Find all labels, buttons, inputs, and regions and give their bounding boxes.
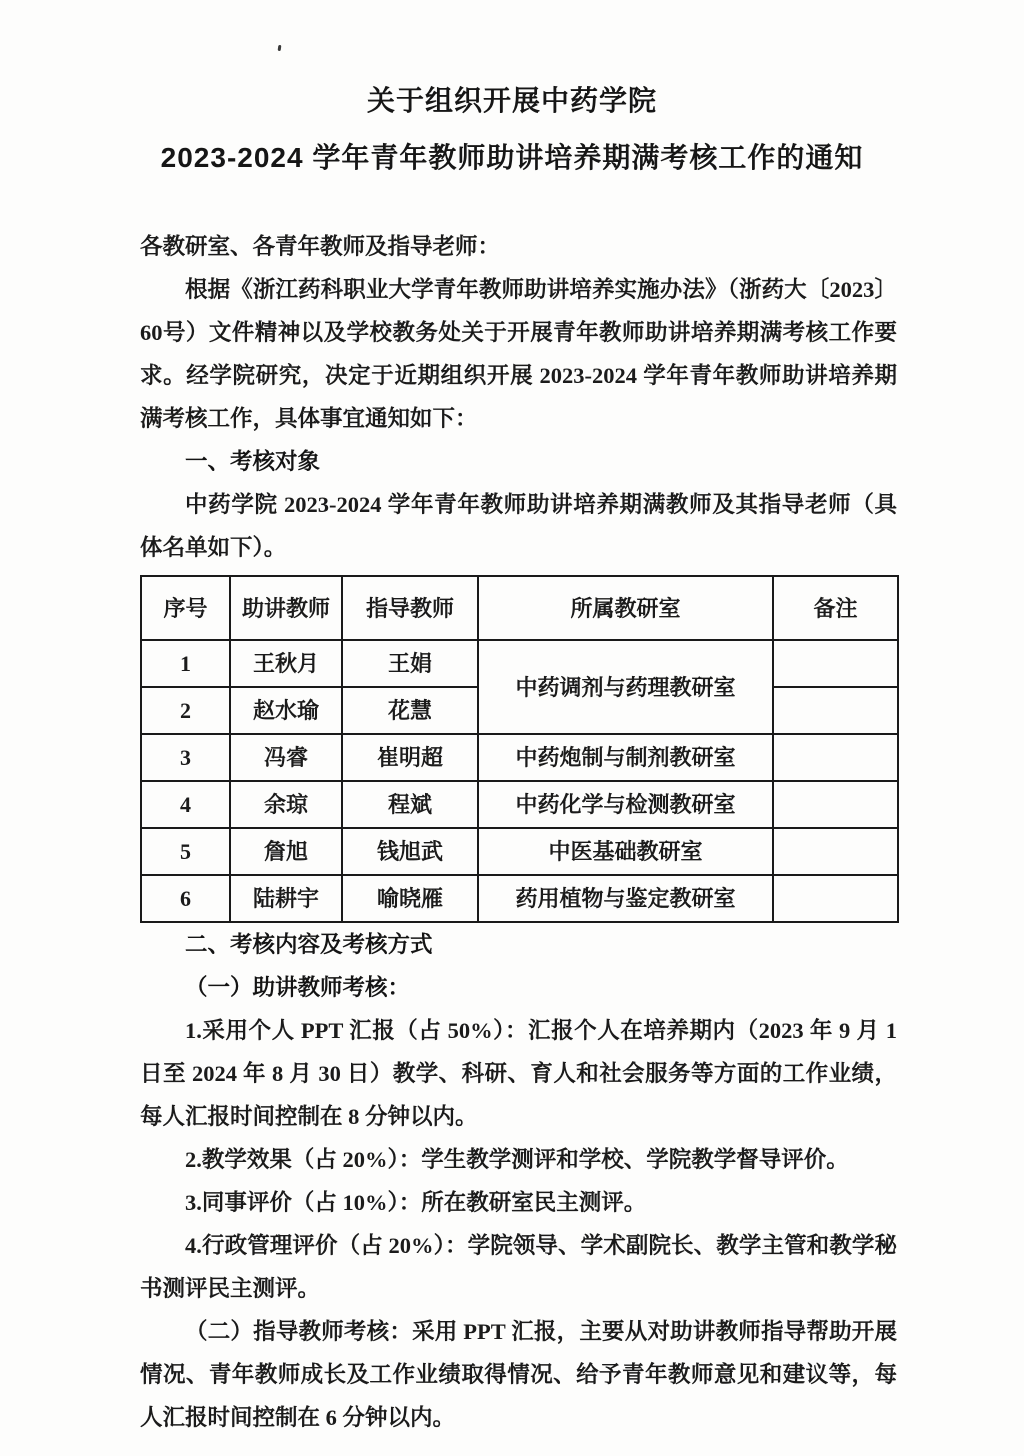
item-number: 2. bbox=[185, 1147, 202, 1172]
assessment-item-4: 4.行政管理评价（占 20%）：学院领导、学术副院长、教学主管和教学秘书测评民主… bbox=[140, 1224, 897, 1310]
table-row: 1 王秋月 王娟 中药调剂与药理教研室 bbox=[141, 640, 898, 687]
cell-mentor: 王娟 bbox=[342, 640, 478, 687]
cell-mentor: 花慧 bbox=[342, 687, 478, 734]
cell-assistant: 陆耕宇 bbox=[230, 875, 342, 922]
cell-note bbox=[773, 828, 898, 875]
assessment-item-2: 2.教学效果（占 20%）：学生教学测评和学校、学院教学督导评价。 bbox=[140, 1138, 897, 1181]
cell-note bbox=[773, 640, 898, 687]
table-header-row: 序号 助讲教师 指导教师 所属教研室 备注 bbox=[141, 576, 898, 640]
cell-dept-merged: 中药调剂与药理教研室 bbox=[478, 640, 773, 734]
cell-dept: 中药炮制与制剂教研室 bbox=[478, 734, 773, 781]
table-row: 4 余琼 程斌 中药化学与检测教研室 bbox=[141, 781, 898, 828]
doc-title-line2: 2023-2024 学年青年教师助讲培养期满考核工作的通知 bbox=[0, 141, 1024, 175]
section1-heading: 一、考核对象 bbox=[140, 440, 897, 483]
salutation: 各教研室、各青年教师及指导老师： bbox=[140, 225, 897, 268]
col-header-assistant: 助讲教师 bbox=[230, 576, 342, 640]
item-text: 同事评价（占 10%）：所在教研室民主测评。 bbox=[202, 1190, 646, 1215]
item-number: 4. bbox=[185, 1233, 202, 1258]
cell-no: 3 bbox=[141, 734, 230, 781]
col-header-mentor: 指导教师 bbox=[342, 576, 478, 640]
cell-no: 5 bbox=[141, 828, 230, 875]
document-page: 关于组织开展中药学院 2023-2024 学年青年教师助讲培养期满考核工作的通知… bbox=[0, 0, 1024, 1456]
item-number: 3. bbox=[185, 1190, 202, 1215]
table-row: 5 詹旭 钱旭武 中医基础教研室 bbox=[141, 828, 898, 875]
section1-body: 中药学院 2023-2024 学年青年教师助讲培养期满教师及其指导老师（具体名单… bbox=[140, 483, 897, 569]
item-text: 行政管理评价（占 20%）：学院领导、学术副院长、教学主管和教学秘书测评民主测评… bbox=[140, 1233, 897, 1301]
assessment-item-3: 3.同事评价（占 10%）：所在教研室民主测评。 bbox=[140, 1181, 897, 1224]
cell-assistant: 余琼 bbox=[230, 781, 342, 828]
cell-assistant: 冯睿 bbox=[230, 734, 342, 781]
cell-no: 6 bbox=[141, 875, 230, 922]
table-row: 6 陆耕宇 喻晓雁 药用植物与鉴定教研室 bbox=[141, 875, 898, 922]
col-header-dept: 所属教研室 bbox=[478, 576, 773, 640]
cell-assistant: 王秋月 bbox=[230, 640, 342, 687]
doc-body: 各教研室、各青年教师及指导老师： 根据《浙江药科职业大学青年教师助讲培养实施办法… bbox=[140, 225, 897, 1439]
scan-speck bbox=[278, 45, 282, 51]
assessment-item-1: 1.采用个人 PPT 汇报（占 50%）：汇报个人在培养期内（2023 年 9 … bbox=[140, 1009, 897, 1138]
col-header-no: 序号 bbox=[141, 576, 230, 640]
cell-dept: 中药化学与检测教研室 bbox=[478, 781, 773, 828]
col-header-note: 备注 bbox=[773, 576, 898, 640]
cell-no: 2 bbox=[141, 687, 230, 734]
doc-title-line1: 关于组织开展中药学院 bbox=[0, 84, 1024, 118]
item-number: 1. bbox=[185, 1018, 202, 1043]
cell-dept: 药用植物与鉴定教研室 bbox=[478, 875, 773, 922]
section2-sub2-paragraph: （二）指导教师考核：采用 PPT 汇报，主要从对助讲教师指导帮助开展情况、青年教… bbox=[140, 1310, 897, 1439]
cell-mentor: 崔明超 bbox=[342, 734, 478, 781]
cell-mentor: 程斌 bbox=[342, 781, 478, 828]
cell-note bbox=[773, 781, 898, 828]
cell-assistant: 赵水瑜 bbox=[230, 687, 342, 734]
roster-table: 序号 助讲教师 指导教师 所属教研室 备注 1 王秋月 王娟 中药调剂与药理教研… bbox=[140, 575, 899, 923]
cell-note bbox=[773, 734, 898, 781]
cell-no: 4 bbox=[141, 781, 230, 828]
cell-dept: 中医基础教研室 bbox=[478, 828, 773, 875]
cell-mentor: 喻晓雁 bbox=[342, 875, 478, 922]
item-text: 教学效果（占 20%）：学生教学测评和学校、学院教学督导评价。 bbox=[202, 1147, 849, 1172]
cell-note bbox=[773, 687, 898, 734]
cell-mentor: 钱旭武 bbox=[342, 828, 478, 875]
cell-no: 1 bbox=[141, 640, 230, 687]
cell-assistant: 詹旭 bbox=[230, 828, 342, 875]
section2-heading: 二、考核内容及考核方式 bbox=[140, 923, 897, 966]
item-text: 采用个人 PPT 汇报（占 50%）：汇报个人在培养期内（2023 年 9 月 … bbox=[140, 1018, 897, 1129]
intro-paragraph: 根据《浙江药科职业大学青年教师助讲培养实施办法》（浙药大〔2023〕60号）文件… bbox=[140, 268, 897, 440]
table-row: 3 冯睿 崔明超 中药炮制与制剂教研室 bbox=[141, 734, 898, 781]
sub2-label: （二）指导教师考核： bbox=[185, 1319, 412, 1344]
section2-sub1-heading: （一）助讲教师考核： bbox=[140, 966, 897, 1009]
cell-note bbox=[773, 875, 898, 922]
